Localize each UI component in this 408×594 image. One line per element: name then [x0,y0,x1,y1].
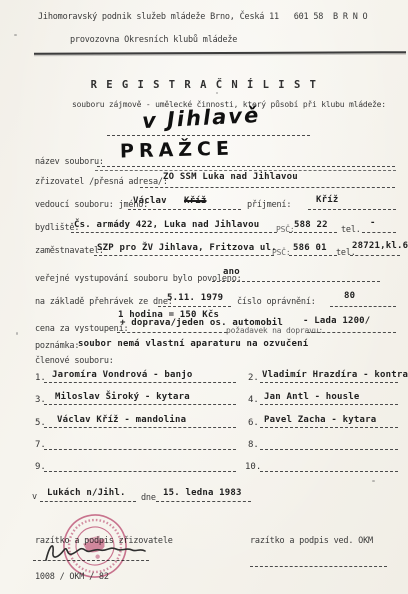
cena-value: + doprava/jeden os. automobil [120,318,283,328]
underline [260,403,398,405]
underline [260,470,398,472]
underline [158,305,231,307]
clenove-label: členové souboru: [35,356,114,366]
registration-form-scan: Jihomoravský podnik služeb mládeže Brno,… [0,0,408,594]
prijmeni-value: Kříž [316,195,338,205]
member-name: Vladimír Hrazdíra - kontrabas [262,370,408,380]
scan-speck [14,34,17,36]
member-name: Jaromíra Vondrová - banjo [52,370,192,380]
underline [289,231,337,233]
scan-speck [16,332,18,335]
zamestnavatel-value: SZP pro ŽV Jihlava, Fritzova ul. [97,243,277,253]
header-rule [34,51,406,55]
underline [260,448,398,450]
underline [117,331,227,333]
cena-label: cena za vystoupení: [35,324,128,334]
location-handwritten: v Jihlavě [141,103,260,133]
member-name: Václav Kříž - mandolina [57,415,186,425]
poznamka-value: soubor nemá vlastní aparaturu na ozvučen… [78,339,308,349]
underline [260,381,398,383]
underline [260,426,398,428]
underline [107,134,310,136]
scan-speck [216,92,218,94]
handwritten-signature [38,538,153,566]
ensemble-name-handwritten: PRAŽCE [120,138,235,163]
underline [128,208,241,210]
prijmeni-label: příjmení: [247,200,291,210]
underline [330,305,396,307]
underline [308,208,396,210]
poznamka-label: poznámka: [35,341,79,351]
member-number: 4. [248,395,259,405]
member-name: Pavel Zacha - kytara [264,415,376,425]
v-label: v [32,492,37,502]
jmeno-value: Václav [133,196,167,206]
member-number: 8. [248,440,259,450]
psc1-value: 588 22 [294,220,328,230]
prehravky-value: 5.11. 1979 [167,293,223,303]
underline [44,448,236,450]
header-line-2: provozovna Okresních klubů mládeže [70,35,237,45]
underline [71,231,277,233]
opravneni-value: 80 [344,291,355,301]
prehravky-label: na základě přehrávek ze dne: [35,297,173,307]
underline [140,186,395,188]
tel2-value: 28721,kl.6 [352,241,408,251]
bydliste-value: Čs. armády 422, Luka nad Jihlavou [74,220,259,230]
povoleno-value: ano [223,267,240,277]
underline [44,381,236,383]
underline [44,426,236,428]
psc2-value: 586 01 [293,243,327,253]
jmeno-crossed-out: Kříž [184,196,206,206]
underline [40,500,136,502]
scan-speck [372,480,375,482]
form-number: 1008 / OKM / 82 [35,572,109,582]
underline [95,169,396,171]
right-signature-label: razítko a podpis ved. OKM [250,536,373,546]
underline [250,565,387,567]
member-number: 6. [248,418,259,428]
povoleno-label: veřejné vystupování souboru bylo povolen… [35,274,242,284]
underline [94,254,274,256]
member-name: Jan Antl - housle [264,392,360,402]
underline [156,500,251,502]
dne-label: dne [141,493,156,503]
underline [350,254,400,256]
opravneni-label: číslo oprávnění: [237,297,316,307]
underline [289,254,337,256]
place-value: Lukách n/Jihl. [47,488,126,498]
underline [362,231,396,233]
doprava-value: - Lada 1200/ [303,316,370,326]
member-name: Miloslav Široký - kytara [55,392,190,402]
tel1-value: - [370,218,376,228]
header-line-1: Jihomoravský podnik služeb mládeže Brno,… [38,12,367,22]
underline [212,280,380,282]
zrizovatel-value: ZO SSM Luka nad Jihlavou [163,172,298,182]
member-number: 10. [245,462,261,472]
tel1-label: tel. [341,225,361,235]
page-title: R E G I S T R A Č N Í L I S T [0,79,408,91]
underline [44,470,236,472]
nazev-label: název souboru: [35,157,104,167]
underline [44,403,236,405]
date-value: 15. ledna 1983 [163,488,242,498]
member-number: 2. [248,373,259,383]
underline [97,165,395,167]
